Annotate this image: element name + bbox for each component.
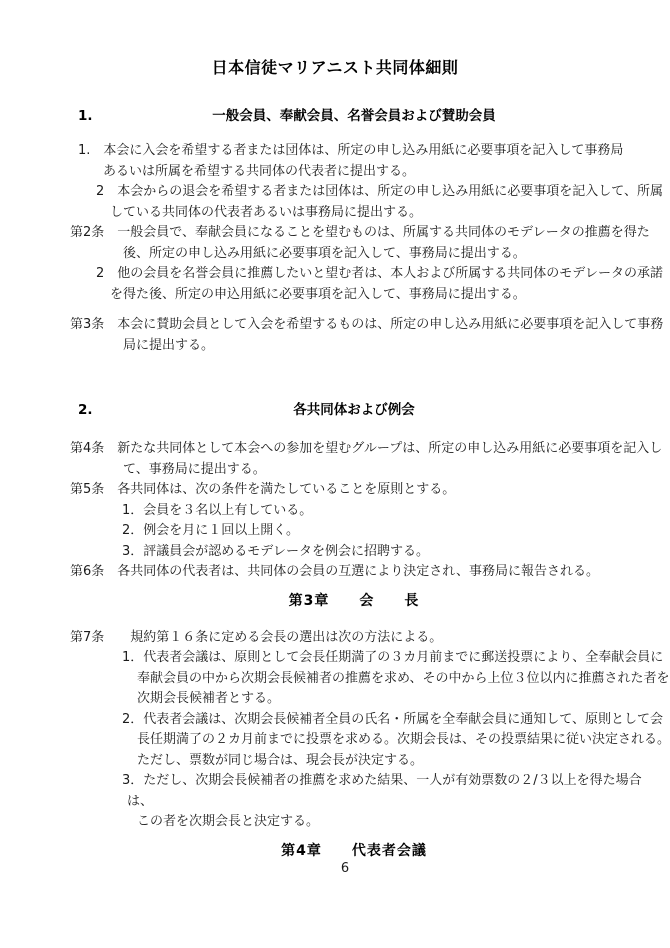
doc-line: あるいは所属を希望する共同体の代表者に提出する。 [0,162,670,183]
doc-line: 第5条 各共同体は、次の条件を満たしていることを原則とする。 [0,480,670,501]
doc-line: 1．代表者会議は、原則として会長任期満了の３カ月前までに郵送投票により、全奉献会… [0,648,670,669]
doc-line: 後、所定の申し込み用紙に必要事項を記入して、事務局に提出する。 [0,244,670,265]
doc-line: 1．会員を３名以上有している。 [0,501,670,522]
doc-line: 2 本会からの退会を希望する者または団体は、所定の申し込み用紙に必要事項を記入し… [0,182,670,203]
document-body: 1.一般会員、奉献会員、名誉会員および賛助会員1. 本会に入会を希望する者または… [0,106,670,861]
blank-line [0,356,670,373]
doc-line: している共同体の代表者あるいは事務局に提出する。 [0,203,670,224]
doc-line: 3．評議員会が認めるモデレータを例会に招聘する。 [0,542,670,563]
doc-line: 2 他の会員を名誉会員に推薦したいと望む者は、本人および所属する共同体のモデレー… [0,264,670,285]
document-page: 日本信徒マリアニスト共同体細則 1.一般会員、奉献会員、名誉会員および賛助会員1… [0,0,670,948]
doc-line: 3．ただし、次期会長候補者の推薦を求めた結果、一人が有効票数の２/３以上を得た場… [0,771,670,792]
doc-line: は、 [0,792,670,813]
doc-line: 第6条 各共同体の代表者は、共同体の会員の互選により決定され、事務局に報告される… [0,562,670,583]
doc-line: この者を次期会長と決定する。 [0,812,670,833]
doc-line: 局に提出する。 [0,336,670,357]
chapter-heading: 第3章 会 長 [0,591,670,611]
blank-line [0,611,670,628]
section-heading-text: 各共同体および例会 [0,400,670,420]
section-number: 2. [78,400,93,420]
doc-line: 1. 本会に入会を希望する者または団体は、所定の申し込み用紙に必要事項を記入して… [0,141,670,162]
section-heading-text: 一般会員、奉献会員、名誉会員および賛助会員 [0,106,670,126]
blank-line [0,420,670,439]
page-number: 6 [0,861,670,876]
doc-line: 次期会長候補者とする。 [0,689,670,710]
doc-line: ただし、票数が同じ場合は、現会長が決定する。 [0,751,670,772]
blank-line [0,126,670,141]
doc-line: て、事務局に提出する。 [0,460,670,481]
blank-line [0,305,670,315]
chapter-heading: 第4章 代表者会議 [0,841,670,861]
document-title: 日本信徒マリアニスト共同体細則 [0,0,670,79]
section-heading: 1.一般会員、奉献会員、名誉会員および賛助会員 [0,106,670,126]
section-number: 1. [78,106,93,126]
doc-line: 2．例会を月に１回以上開く。 [0,521,670,542]
doc-line: 第3条 本会に賛助会員として入会を希望するものは、所定の申し込み用紙に必要事項を… [0,315,670,336]
doc-line: 第7条 規約第１６条に定める会長の選出は次の方法による。 [0,628,670,649]
doc-line: 第2条 一般会員で、奉献会員になることを望むものは、所属する共同体のモデレータの… [0,223,670,244]
doc-line: を得た後、所定の申込用紙に必要事項を記入して、事務局に提出する。 [0,285,670,306]
section-heading: 2.各共同体および例会 [0,400,670,420]
doc-line: 奉献会員の中から次期会長候補者の推薦を求め、その中から上位３位以内に推薦された者… [0,669,670,690]
blank-line [0,583,670,591]
doc-line: 2．代表者会議は、次期会長候補者全員の氏名・所属を全奉献会員に通知して、原則とし… [0,710,670,731]
doc-line: 長任期満了の２カ月前までに投票を求める。次期会長は、その投票結果に従い決定される… [0,730,670,751]
blank-line [0,833,670,841]
doc-line: 第4条 新たな共同体として本会への参加を望むグループは、所定の申し込み用紙に必要… [0,439,670,460]
